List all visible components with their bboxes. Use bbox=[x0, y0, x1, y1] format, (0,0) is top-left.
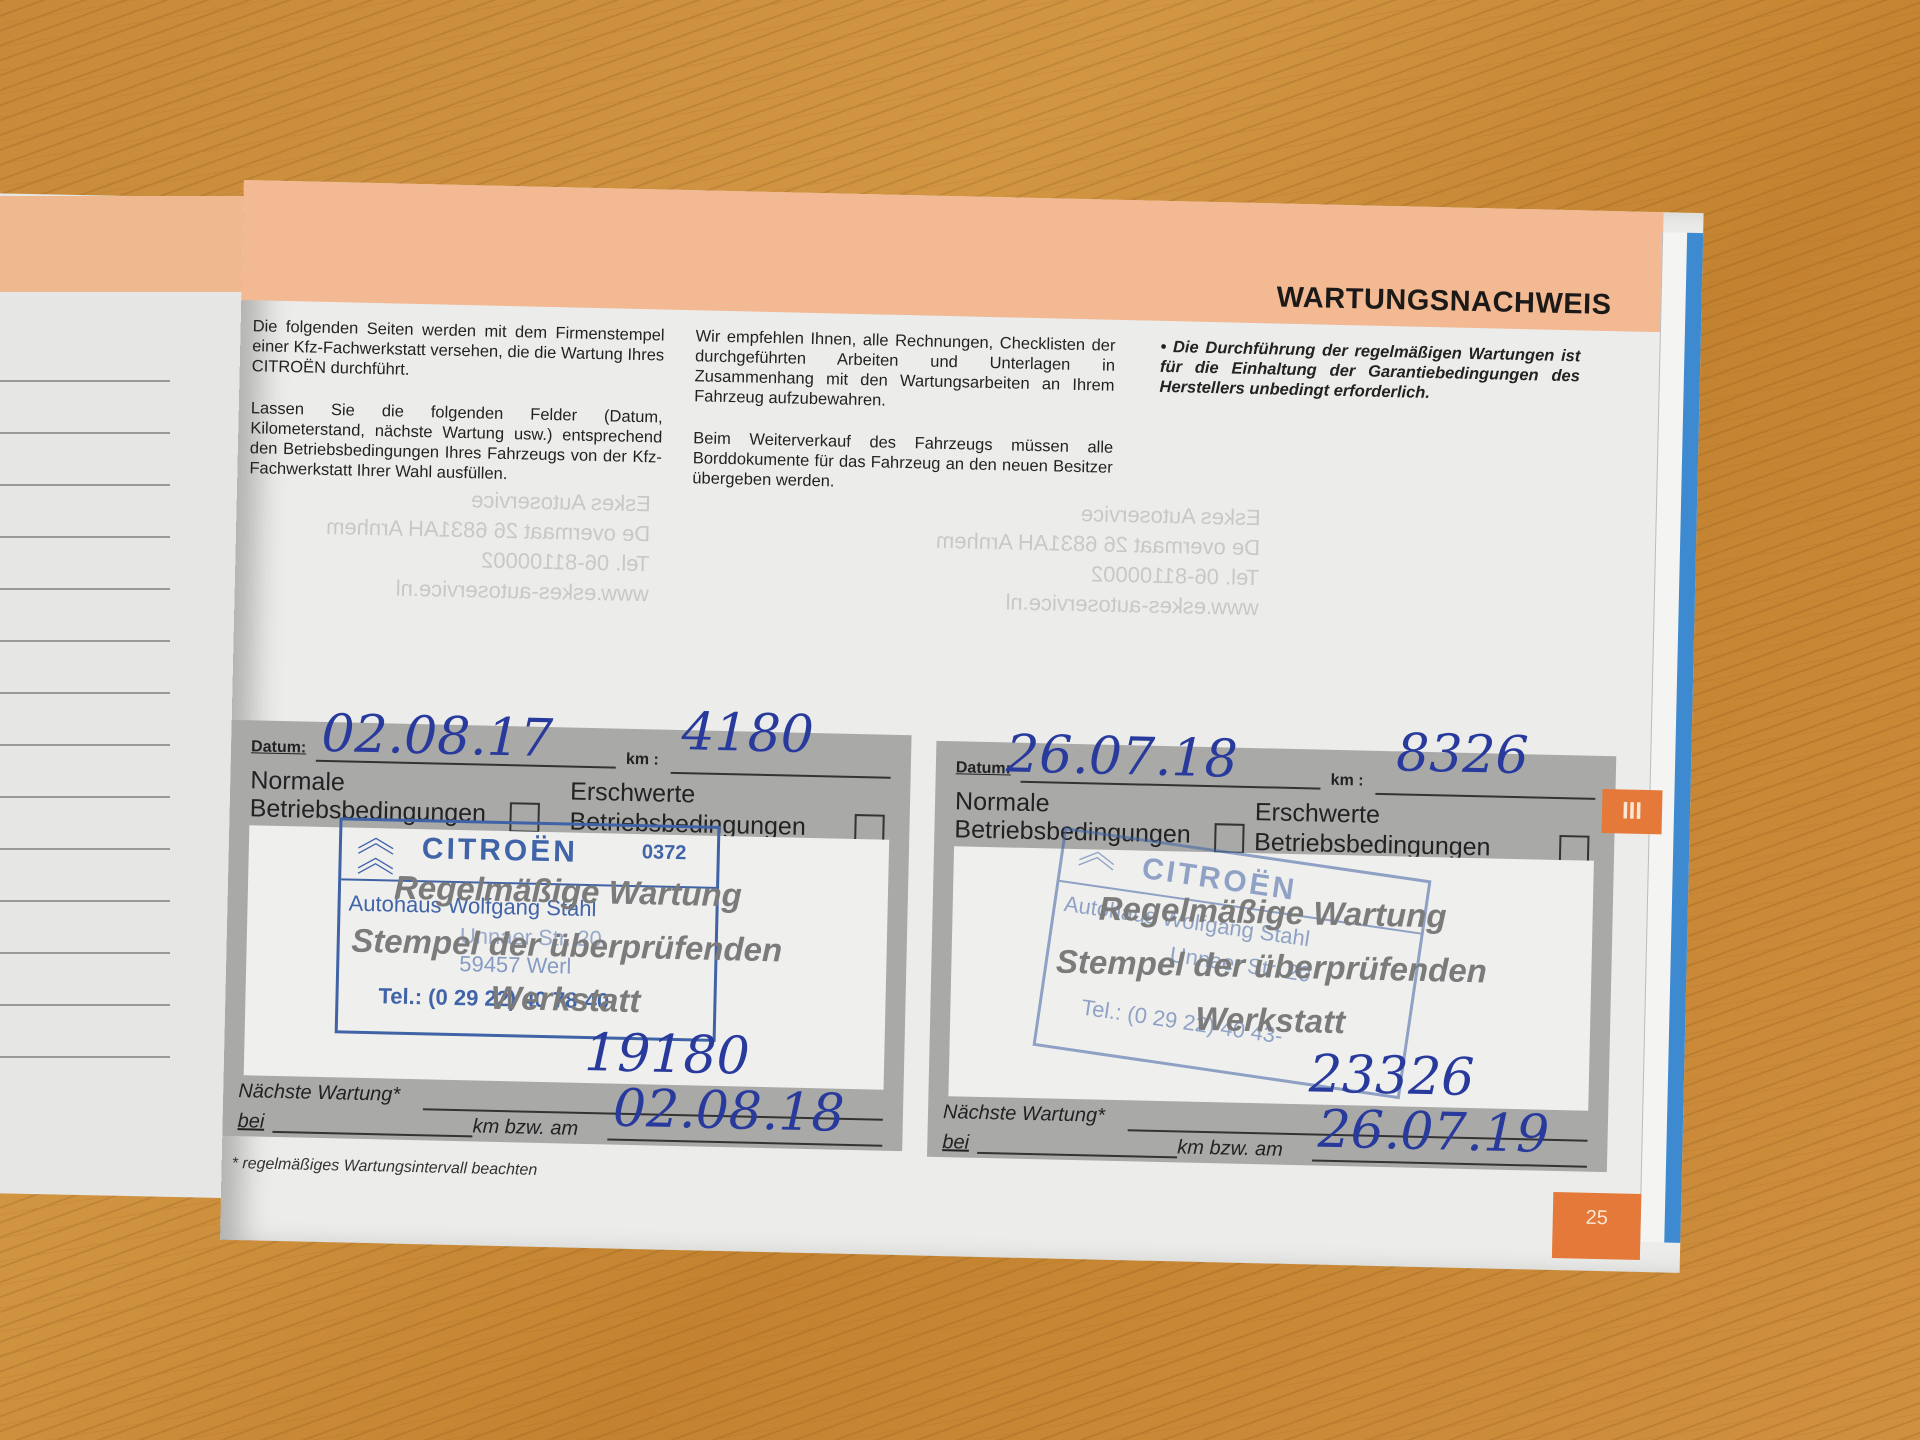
section-tab: III bbox=[1602, 789, 1663, 834]
page-number: 25 bbox=[1552, 1192, 1641, 1260]
entry-1-next-date[interactable]: 02.08.18 bbox=[612, 1079, 845, 1144]
entry-2-km[interactable]: 8326 bbox=[1396, 723, 1530, 786]
entry-1-next-km[interactable]: 19180 bbox=[584, 1023, 751, 1087]
entry-1-date[interactable]: 02.08.17 bbox=[321, 704, 554, 769]
entry-2-stamp-area: ︽ CITROËN Autohaus Wolfgang Stahl Unnaer… bbox=[948, 846, 1594, 1110]
entry-2-next-km[interactable]: 23326 bbox=[1308, 1044, 1475, 1108]
warranty-note: Die Durchführung der regelmäßigen Wartun… bbox=[1159, 337, 1581, 429]
maintenance-entry-2: Datum: 26.07.18 km : 8326 Normale Betrie… bbox=[927, 741, 1616, 1172]
entry-1-km[interactable]: 4180 bbox=[681, 702, 815, 765]
left-page-header-band bbox=[0, 196, 252, 292]
citroen-chevron-icon: ︽ bbox=[1078, 840, 1119, 865]
show-through-text-left: Eskes AutoserviceDe overmaat 26 6831AH A… bbox=[324, 482, 651, 609]
intro-column-2: Wir empfehlen Ihnen, alle Rechnungen, Ch… bbox=[692, 326, 1116, 519]
show-through-text-right: Eskes AutoserviceDe overmaat 26 6831AH A… bbox=[934, 496, 1261, 623]
maintenance-entry-1: Datum: 02.08.17 km : 4180 Normale Betrie… bbox=[222, 720, 911, 1151]
entry-1-stamp-area: ︽︽ CITROËN 0372 Autohaus Wolfgang Stahl … bbox=[244, 825, 890, 1089]
entry-2-next-date[interactable]: 26.07.19 bbox=[1317, 1100, 1550, 1165]
entry-2-date[interactable]: 26.07.18 bbox=[1005, 724, 1238, 789]
intro-column-1: Die folgenden Seiten werden mit dem Firm… bbox=[249, 316, 665, 509]
maintenance-record-page: WARTUNGSNACHWEIS Die folgenden Seiten we… bbox=[220, 180, 1704, 1273]
left-page-ruled-lines bbox=[0, 330, 170, 1058]
